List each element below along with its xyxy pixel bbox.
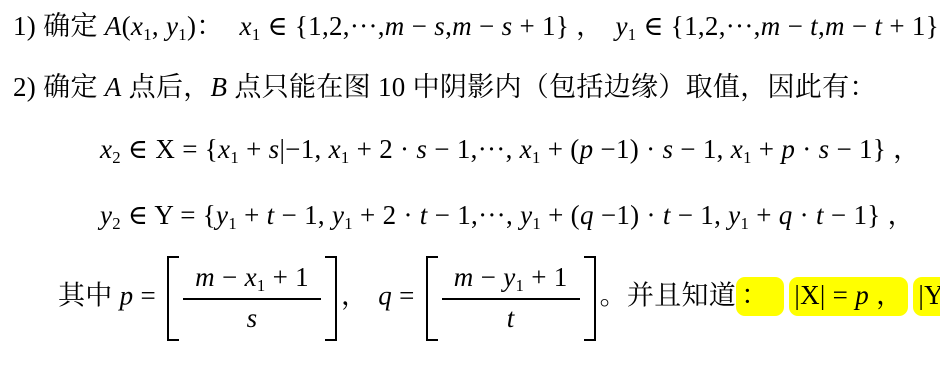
math-text: + 2 · <box>350 134 417 164</box>
cjk-text: 点只能在图 <box>227 72 378 102</box>
cjk-text: ， <box>341 280 368 310</box>
math-variable: s <box>502 11 513 41</box>
math-text: + 1} <box>512 11 576 41</box>
math-variable: m <box>454 262 474 292</box>
math-text: − 1, <box>673 134 731 164</box>
cjk-text: 其中 <box>58 280 120 310</box>
math-text: − <box>845 11 875 41</box>
math-variable: y1 <box>520 200 541 230</box>
math-text: = <box>392 280 422 310</box>
subscript: 1 <box>532 214 541 233</box>
cjk-text: ， <box>893 134 920 164</box>
subscript: 1 <box>344 214 353 233</box>
cjk-text: ， <box>576 11 603 41</box>
math-text: − <box>474 262 504 292</box>
math-text: + 1} <box>882 11 940 41</box>
denominator: t <box>507 300 515 336</box>
math-variable: y1 <box>728 200 749 230</box>
subscript: 1 <box>740 214 749 233</box>
subscript: 1 <box>228 214 237 233</box>
subscript: 2 <box>112 148 121 167</box>
bracket-right <box>325 256 337 341</box>
math-text: + ( <box>541 200 580 230</box>
formula-line-1: 1) 确定 A(x1, y1)：x1 ∈ {1,2,···,m − s,m − … <box>13 10 940 44</box>
math-text: |Y| = <box>918 280 940 310</box>
math-variable: s <box>434 11 445 41</box>
math-text: + <box>237 200 267 230</box>
subscript: 1 <box>143 25 152 44</box>
math-variable: t <box>810 11 818 41</box>
subscript: 1 <box>515 276 524 295</box>
math-text: − 1, <box>671 200 729 230</box>
math-variable: y1 <box>503 262 524 292</box>
cjk-text: 。并且知道 <box>600 280 737 310</box>
math-text: ∈ {1,2,···, <box>261 11 385 41</box>
formula-line-3: x2 ∈ X = {x1 + s|−1, x1 + 2 · s − 1,···,… <box>100 133 920 167</box>
math-variable: p <box>855 280 869 310</box>
bracket-left <box>426 256 438 341</box>
numerator: m − x1 + 1 <box>183 261 321 300</box>
math-text: − 1} <box>829 134 893 164</box>
math-variable: s <box>662 134 673 164</box>
math-text: |X| = <box>794 280 855 310</box>
cjk-text: 2) 确定 <box>13 72 105 102</box>
math-variable: q <box>378 280 392 310</box>
math-text: ) <box>187 11 196 41</box>
bracket-right <box>584 256 596 341</box>
math-text: 10 <box>378 72 406 102</box>
math-text: |−1, <box>279 134 328 164</box>
math-text: − 1, <box>274 200 332 230</box>
subscript: 1 <box>532 148 541 167</box>
math-variable: m <box>452 11 472 41</box>
math-variable: p <box>781 134 795 164</box>
math-variable: s <box>247 303 258 333</box>
math-text: ∈ Y = { <box>121 200 216 230</box>
denominator: s <box>247 300 258 336</box>
math-variable: q <box>580 200 594 230</box>
math-variable: s <box>269 134 280 164</box>
math-text: , <box>818 11 825 41</box>
math-variable: B <box>211 72 228 102</box>
math-text: − <box>405 11 435 41</box>
cjk-text: ： <box>196 11 223 41</box>
math-variable: s <box>416 134 427 164</box>
math-variable: m <box>195 262 215 292</box>
math-text: + <box>239 134 269 164</box>
math-variable: y1 <box>615 11 636 41</box>
subscript: 1 <box>230 148 239 167</box>
math-text: · <box>795 134 818 164</box>
math-text: − <box>215 262 245 292</box>
math-text: + ( <box>541 134 580 164</box>
math-variable: x1 <box>131 11 152 41</box>
math-variable: y2 <box>100 200 121 230</box>
numerator: m − y1 + 1 <box>442 261 580 300</box>
fraction: m − y1 + 1t <box>442 261 580 336</box>
math-text: + <box>752 134 782 164</box>
math-text: − 1,···, <box>428 200 520 230</box>
math-variable: m <box>385 11 405 41</box>
math-text: + 2 · <box>353 200 420 230</box>
math-text: = <box>133 280 163 310</box>
bracket-left <box>167 256 179 341</box>
bracketed-fraction: m − y1 + 1t <box>426 256 596 341</box>
cjk-text: 1) 确定 <box>13 11 105 41</box>
subscript: 1 <box>743 148 752 167</box>
math-text: −1) · <box>594 200 663 230</box>
math-variable: A <box>105 11 122 41</box>
math-variable: y1 <box>332 200 353 230</box>
subscript: 1 <box>341 148 350 167</box>
math-text: − 1,···, <box>427 134 519 164</box>
math-text: · <box>793 200 816 230</box>
math-variable: m <box>761 11 781 41</box>
cjk-text: ， <box>869 280 903 310</box>
math-variable: x1 <box>731 134 752 164</box>
math-variable: m <box>825 11 845 41</box>
highlight: |Y| = q <box>913 277 940 316</box>
math-variable: t <box>420 200 428 230</box>
math-variable: t <box>816 200 824 230</box>
formula-line-4: y2 ∈ Y = {y1 + t − 1, y1 + 2 · t − 1,···… <box>100 199 915 233</box>
math-text: , <box>152 11 166 41</box>
subscript: 1 <box>628 25 637 44</box>
math-variable: A <box>105 72 122 102</box>
math-variable: x1 <box>329 134 350 164</box>
math-variable: t <box>507 303 515 333</box>
document-page: 1) 确定 A(x1, y1)：x1 ∈ {1,2,···,m − s,m − … <box>0 0 940 372</box>
math-variable: s <box>819 134 830 164</box>
math-variable: t <box>663 200 671 230</box>
math-text: + <box>749 200 779 230</box>
math-variable: p <box>580 134 594 164</box>
math-text: + 1 <box>266 262 309 292</box>
cjk-text: 中阴影内（包括边缘）取值，因此有： <box>406 72 877 102</box>
math-text: + 1 <box>524 262 567 292</box>
math-variable: x2 <box>100 134 121 164</box>
formula-line-5: 其中 p = m − x1 + 1s，q = m − y1 + 1t。并且知道：… <box>58 256 940 341</box>
math-variable: p <box>120 280 134 310</box>
math-variable: y1 <box>166 11 187 41</box>
subscript: 1 <box>252 25 261 44</box>
math-text: −1) · <box>593 134 662 164</box>
math-text: − 1} <box>824 200 888 230</box>
math-variable: x1 <box>218 134 239 164</box>
math-variable: y1 <box>216 200 237 230</box>
math-text: ∈ X = { <box>121 134 218 164</box>
cjk-text: 点后， <box>122 72 211 102</box>
highlight: ： <box>736 277 784 316</box>
math-text: − <box>472 11 502 41</box>
fraction: m − x1 + 1s <box>183 261 321 336</box>
math-variable: x1 <box>520 134 541 164</box>
subscript: 1 <box>257 276 266 295</box>
math-variable: x1 <box>245 262 266 292</box>
math-text: ∈ {1,2,···, <box>636 11 760 41</box>
subscript: 2 <box>112 214 121 233</box>
math-text: − <box>781 11 811 41</box>
math-variable: x1 <box>240 11 261 41</box>
math-text: ( <box>122 11 131 41</box>
subscript: 1 <box>178 25 187 44</box>
highlight: |X| = p ， <box>789 277 908 316</box>
cjk-text: ： <box>741 280 768 310</box>
cjk-text: ， <box>888 200 915 230</box>
bracketed-fraction: m − x1 + 1s <box>167 256 337 341</box>
math-variable: q <box>779 200 793 230</box>
formula-line-2: 2) 确定 A 点后，B 点只能在图 10 中阴影内（包括边缘）取值，因此有： <box>13 71 877 105</box>
